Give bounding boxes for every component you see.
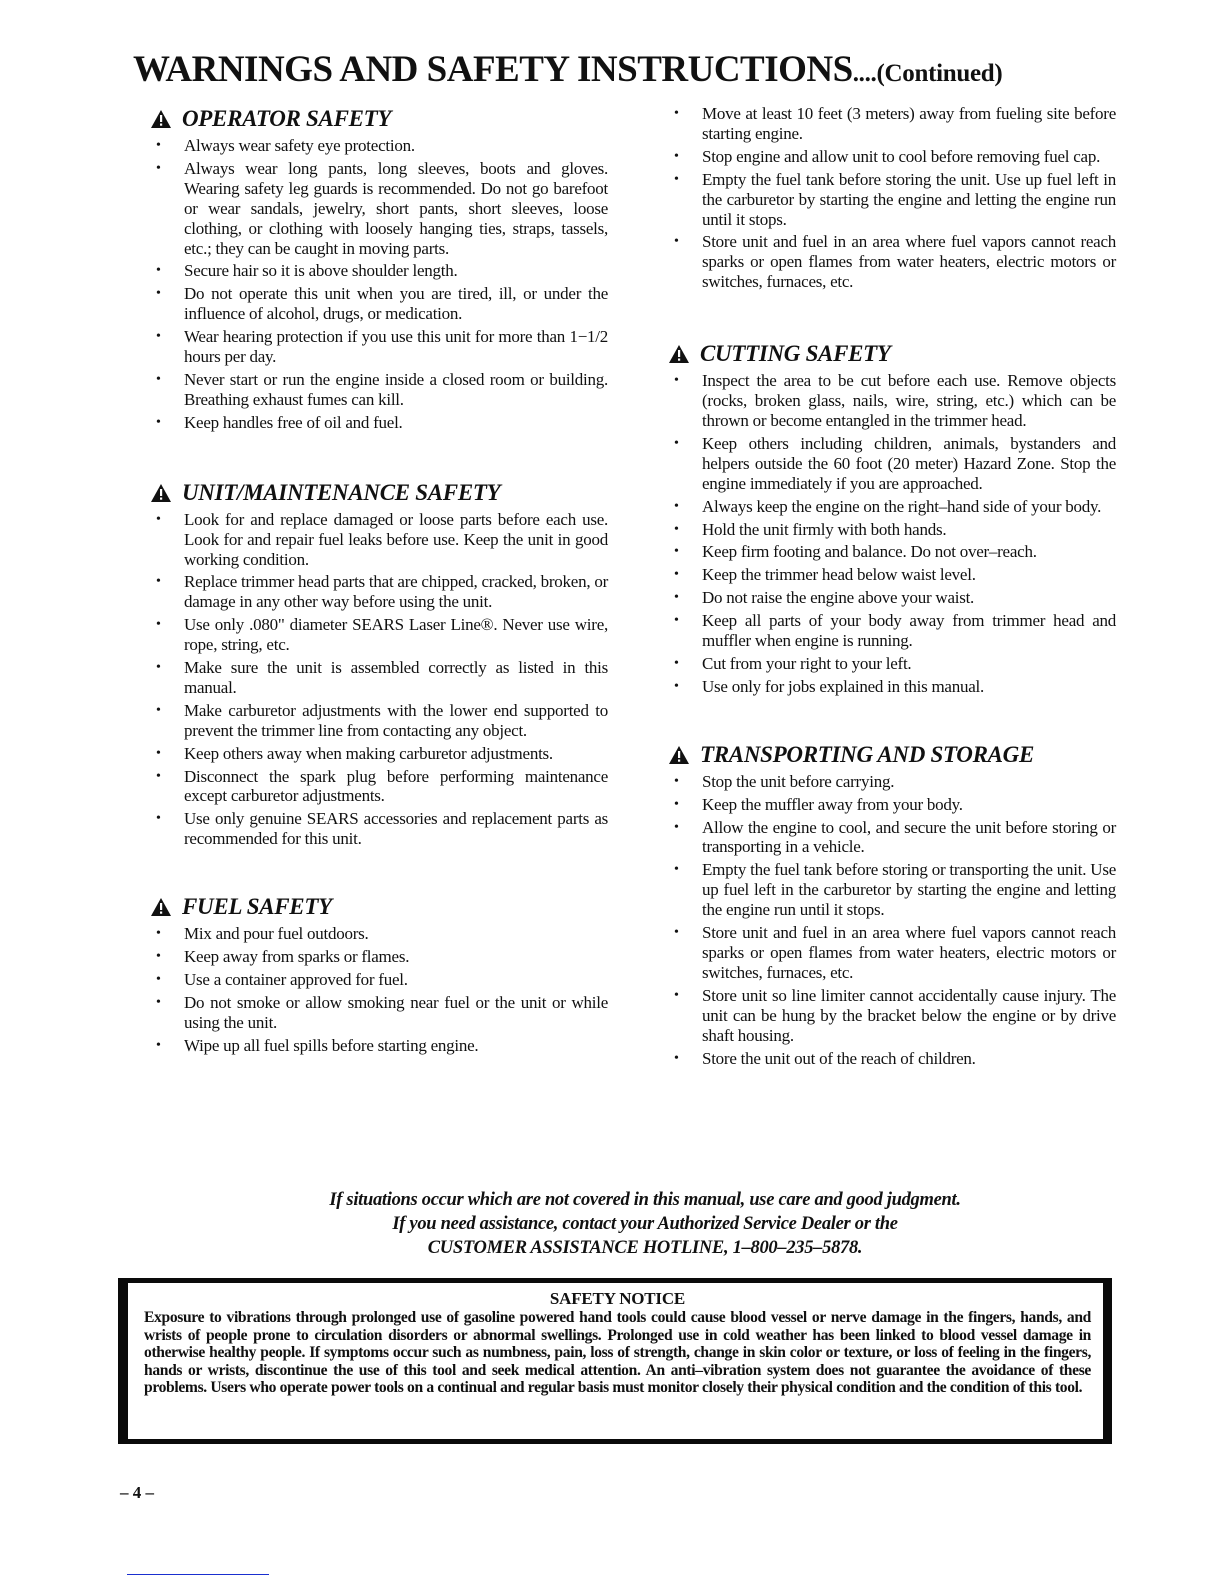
section-heading: OPERATOR SAFETY xyxy=(150,104,608,134)
warning-triangle-icon xyxy=(668,745,690,765)
bullet-icon: • xyxy=(156,159,161,179)
safety-notice-body: Exposure to vibrations through prolonged… xyxy=(144,1309,1091,1397)
list-item: •Store the unit out of the reach of chil… xyxy=(666,1049,1116,1069)
left-column: OPERATOR SAFETY •Always wear safety eye … xyxy=(148,104,608,1059)
bullet-icon: • xyxy=(156,744,161,764)
bullet-icon: • xyxy=(156,924,161,944)
bullet-icon: • xyxy=(674,1049,679,1069)
list-item: •Use only genuine SEARS accessories and … xyxy=(148,809,608,849)
bullet-icon: • xyxy=(674,170,679,190)
list-item: •Empty the fuel tank before storing the … xyxy=(666,170,1116,230)
transporting-storage-section: TRANSPORTING AND STORAGE •Stop the unit … xyxy=(666,740,1116,1069)
bullet-icon: • xyxy=(674,795,679,815)
list-item: •Keep away from sparks or flames. xyxy=(148,947,608,967)
bullet-icon: • xyxy=(156,658,161,678)
bullet-icon: • xyxy=(156,767,161,787)
bullet-icon: • xyxy=(674,986,679,1006)
bullet-icon: • xyxy=(674,104,679,124)
bullet-icon: • xyxy=(674,497,679,517)
list-item: •Look for and replace damaged or loose p… xyxy=(148,510,608,570)
bullet-icon: • xyxy=(156,615,161,635)
list-item: •Disconnect the spark plug before perfor… xyxy=(148,767,608,807)
page-title-main: WARNINGS AND SAFETY INSTRUCTIONS xyxy=(133,49,853,90)
link-underline[interactable] xyxy=(127,1574,269,1575)
bullet-icon: • xyxy=(674,860,679,880)
page-title: WARNINGS AND SAFETY INSTRUCTIONS....(Con… xyxy=(133,48,1093,96)
bullet-icon: • xyxy=(156,136,161,156)
list-item: •Keep handles free of oil and fuel. xyxy=(148,413,608,433)
safety-notice-box: SAFETY NOTICE Exposure to vibrations thr… xyxy=(118,1278,1112,1444)
bullet-icon: • xyxy=(674,677,679,697)
list-item: •Always wear safety eye protection. xyxy=(148,136,608,156)
list-item: •Keep others including children, animals… xyxy=(666,434,1116,494)
bullet-list: •Mix and pour fuel outdoors. •Keep away … xyxy=(148,924,608,1055)
bullet-list: •Inspect the area to be cut before each … xyxy=(666,371,1116,697)
warning-triangle-icon xyxy=(150,483,172,503)
list-item: •Keep the muffler away from your body. xyxy=(666,795,1116,815)
bullet-icon: • xyxy=(674,654,679,674)
section-heading: FUEL SAFETY xyxy=(150,892,608,922)
bullet-icon: • xyxy=(156,261,161,281)
list-item: •Do not raise the engine above your wais… xyxy=(666,588,1116,608)
bullet-list: •Stop the unit before carrying. •Keep th… xyxy=(666,772,1116,1069)
right-column: •Move at least 10 feet (3 meters) away f… xyxy=(666,104,1116,1071)
list-item: •Make sure the unit is assembled correct… xyxy=(148,658,608,698)
list-item: •Cut from your right to your left. xyxy=(666,654,1116,674)
warning-triangle-icon xyxy=(150,109,172,129)
unit-maintenance-safety-section: UNIT/MAINTENANCE SAFETY •Look for and re… xyxy=(148,478,608,850)
closing-line-1: If situations occur which are not covere… xyxy=(150,1188,1140,1212)
bullet-icon: • xyxy=(674,434,679,454)
list-item: •Do not operate this unit when you are t… xyxy=(148,284,608,324)
list-item: •Replace trimmer head parts that are chi… xyxy=(148,572,608,612)
bullet-icon: • xyxy=(156,701,161,721)
list-item: •Wear hearing protection if you use this… xyxy=(148,327,608,367)
bullet-icon: • xyxy=(156,1036,161,1056)
bullet-icon: • xyxy=(674,520,679,540)
list-item: •Always keep the engine on the right–han… xyxy=(666,497,1116,517)
list-item: •Always wear long pants, long sleeves, b… xyxy=(148,159,608,259)
list-item: •Empty the fuel tank before storing or t… xyxy=(666,860,1116,920)
list-item: •Make carburetor adjustments with the lo… xyxy=(148,701,608,741)
bullet-icon: • xyxy=(674,147,679,167)
list-item: •Keep others away when making carburetor… xyxy=(148,744,608,764)
heading-text: CUTTING SAFETY xyxy=(700,339,891,369)
bullet-icon: • xyxy=(674,611,679,631)
list-item: •Never start or run the engine inside a … xyxy=(148,370,608,410)
list-item: •Stop the unit before carrying. xyxy=(666,772,1116,792)
list-item: •Keep all parts of your body away from t… xyxy=(666,611,1116,651)
fuel-safety-continued-section: •Move at least 10 feet (3 meters) away f… xyxy=(666,104,1116,292)
bullet-icon: • xyxy=(156,572,161,592)
bullet-icon: • xyxy=(156,947,161,967)
page-number: – 4 – xyxy=(120,1483,154,1503)
list-item: •Allow the engine to cool, and secure th… xyxy=(666,818,1116,858)
bullet-icon: • xyxy=(156,970,161,990)
list-item: •Stop engine and allow unit to cool befo… xyxy=(666,147,1116,167)
bullet-list: •Always wear safety eye protection. •Alw… xyxy=(148,136,608,433)
section-heading: TRANSPORTING AND STORAGE xyxy=(668,740,1116,770)
bullet-icon: • xyxy=(674,923,679,943)
list-item: •Use only for jobs explained in this man… xyxy=(666,677,1116,697)
bullet-list: •Look for and replace damaged or loose p… xyxy=(148,510,608,850)
list-item: •Use only .080" diameter SEARS Laser Lin… xyxy=(148,615,608,655)
warning-triangle-icon xyxy=(668,344,690,364)
list-item: •Secure hair so it is above shoulder len… xyxy=(148,261,608,281)
bullet-icon: • xyxy=(674,772,679,792)
list-item: •Mix and pour fuel outdoors. xyxy=(148,924,608,944)
closing-line-3-hotline: CUSTOMER ASSISTANCE HOTLINE, 1–800–235–5… xyxy=(150,1236,1140,1260)
list-item: •Wipe up all fuel spills before starting… xyxy=(148,1036,608,1056)
page-title-suffix: ....(Continued) xyxy=(853,60,1003,87)
bullet-icon: • xyxy=(156,510,161,530)
bullet-icon: • xyxy=(156,993,161,1013)
cutting-safety-section: CUTTING SAFETY •Inspect the area to be c… xyxy=(666,339,1116,697)
list-item: •Store unit and fuel in an area where fu… xyxy=(666,232,1116,292)
bullet-list: •Move at least 10 feet (3 meters) away f… xyxy=(666,104,1116,292)
section-heading: UNIT/MAINTENANCE SAFETY xyxy=(150,478,608,508)
bullet-icon: • xyxy=(674,542,679,562)
list-item: •Store unit and fuel in an area where fu… xyxy=(666,923,1116,983)
bullet-icon: • xyxy=(674,588,679,608)
list-item: •Hold the unit firmly with both hands. xyxy=(666,520,1116,540)
section-heading: CUTTING SAFETY xyxy=(668,339,1116,369)
bullet-icon: • xyxy=(156,413,161,433)
list-item: •Store unit so line limiter cannot accid… xyxy=(666,986,1116,1046)
heading-text: FUEL SAFETY xyxy=(182,892,332,922)
bullet-icon: • xyxy=(156,370,161,390)
list-item: •Inspect the area to be cut before each … xyxy=(666,371,1116,431)
bullet-icon: • xyxy=(674,232,679,252)
list-item: •Use a container approved for fuel. xyxy=(148,970,608,990)
list-item: •Move at least 10 feet (3 meters) away f… xyxy=(666,104,1116,144)
safety-notice-title: SAFETY NOTICE xyxy=(144,1289,1091,1309)
heading-text: UNIT/MAINTENANCE SAFETY xyxy=(182,478,500,508)
bullet-icon: • xyxy=(156,284,161,304)
bullet-icon: • xyxy=(674,818,679,838)
closing-line-2: If you need assistance, contact your Aut… xyxy=(150,1212,1140,1236)
closing-note: If situations occur which are not covere… xyxy=(150,1188,1140,1260)
bullet-icon: • xyxy=(674,371,679,391)
heading-text: OPERATOR SAFETY xyxy=(182,104,391,134)
operator-safety-section: OPERATOR SAFETY •Always wear safety eye … xyxy=(148,104,608,433)
warning-triangle-icon xyxy=(150,897,172,917)
fuel-safety-section: FUEL SAFETY •Mix and pour fuel outdoors.… xyxy=(148,892,608,1055)
heading-text: TRANSPORTING AND STORAGE xyxy=(700,740,1034,770)
list-item: •Keep firm footing and balance. Do not o… xyxy=(666,542,1116,562)
bullet-icon: • xyxy=(674,565,679,585)
list-item: •Keep the trimmer head below waist level… xyxy=(666,565,1116,585)
bullet-icon: • xyxy=(156,327,161,347)
list-item: •Do not smoke or allow smoking near fuel… xyxy=(148,993,608,1033)
bullet-icon: • xyxy=(156,809,161,829)
